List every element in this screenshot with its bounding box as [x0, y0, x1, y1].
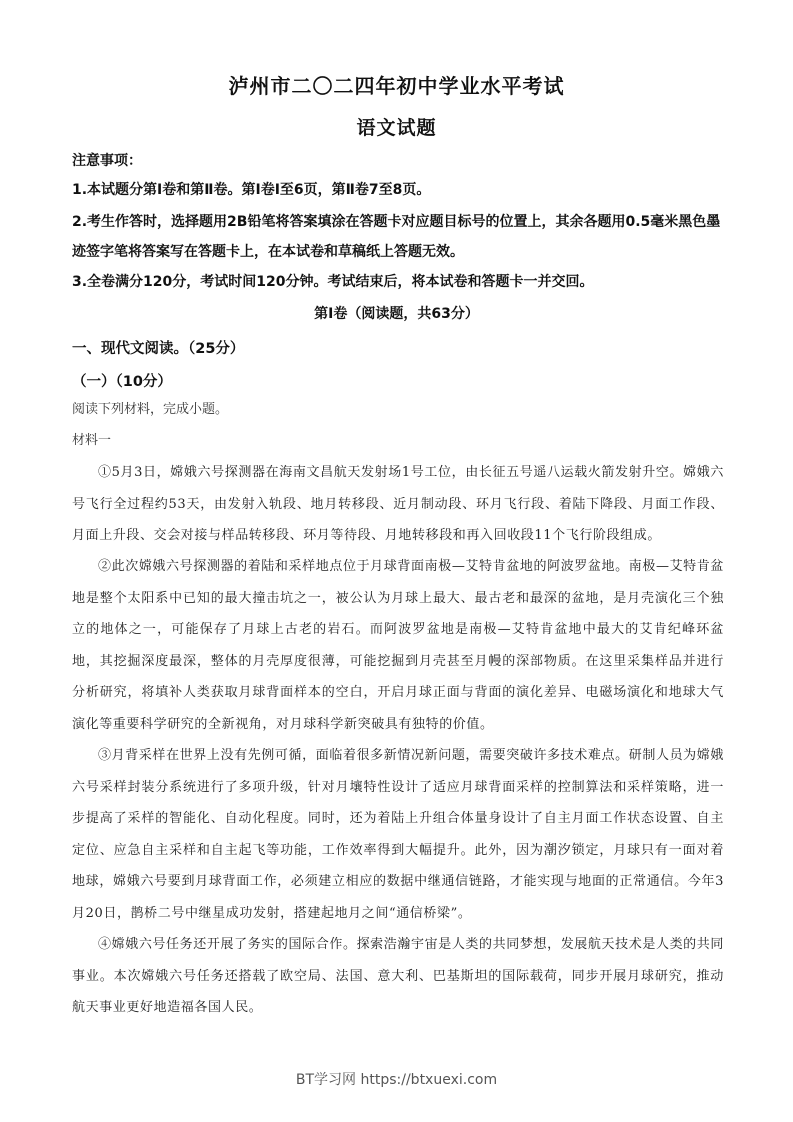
paragraph: ④嫦娥六号任务还开展了务实的国际合作。探索浩瀚宇宙是人类的共同梦想，发展航天技术…	[72, 929, 724, 1024]
footer-watermark: BT学习网 https://btxuexi.com	[0, 1069, 793, 1089]
note-item: 2.考生作答时，选择题用2B铅笔将答案填涂在答题卡对应题目标号的位置上，其余各题…	[72, 207, 732, 267]
exam-page: 泸州市二〇二四年初中学业水平考试 语文试题 注意事项： 1.本试题分第Ⅰ卷和第Ⅱ…	[0, 0, 793, 1122]
subsection-heading: （一）（10分）	[72, 370, 172, 394]
note-item: 1.本试题分第Ⅰ卷和第Ⅱ卷。第Ⅰ卷Ⅰ至6页，第Ⅱ卷7至8页。	[72, 175, 732, 205]
paragraph: ②此次嫦娥六号探测器的着陆和采样地点位于月球背面南极—艾特肯盆地的阿波罗盆地。南…	[72, 551, 724, 740]
exam-subtitle: 语文试题	[0, 113, 793, 140]
material-label: 材料一	[72, 430, 111, 452]
exam-title: 泸州市二〇二四年初中学业水平考试	[0, 70, 793, 99]
notes-heading: 注意事项：	[72, 150, 142, 170]
note-item: 3.全卷满分120分，考试时间120分钟。考试结束后，将本试卷和答题卡一并交回。	[72, 267, 732, 297]
section-heading: 一、现代文阅读。（25分）	[72, 337, 244, 361]
paragraph: ①5月3日，嫦娥六号探测器在海南文昌航天发射场1号工位，由长征五号遥八运载火箭发…	[72, 457, 724, 552]
instruction-text: 阅读下列材料，完成小题。	[72, 399, 228, 421]
paragraph: ③月背采样在世界上没有先例可循，面临着很多新情况新问题，需要突破许多技术难点。研…	[72, 740, 724, 929]
volume-heading: 第Ⅰ卷（阅读题，共63分）	[0, 302, 793, 326]
